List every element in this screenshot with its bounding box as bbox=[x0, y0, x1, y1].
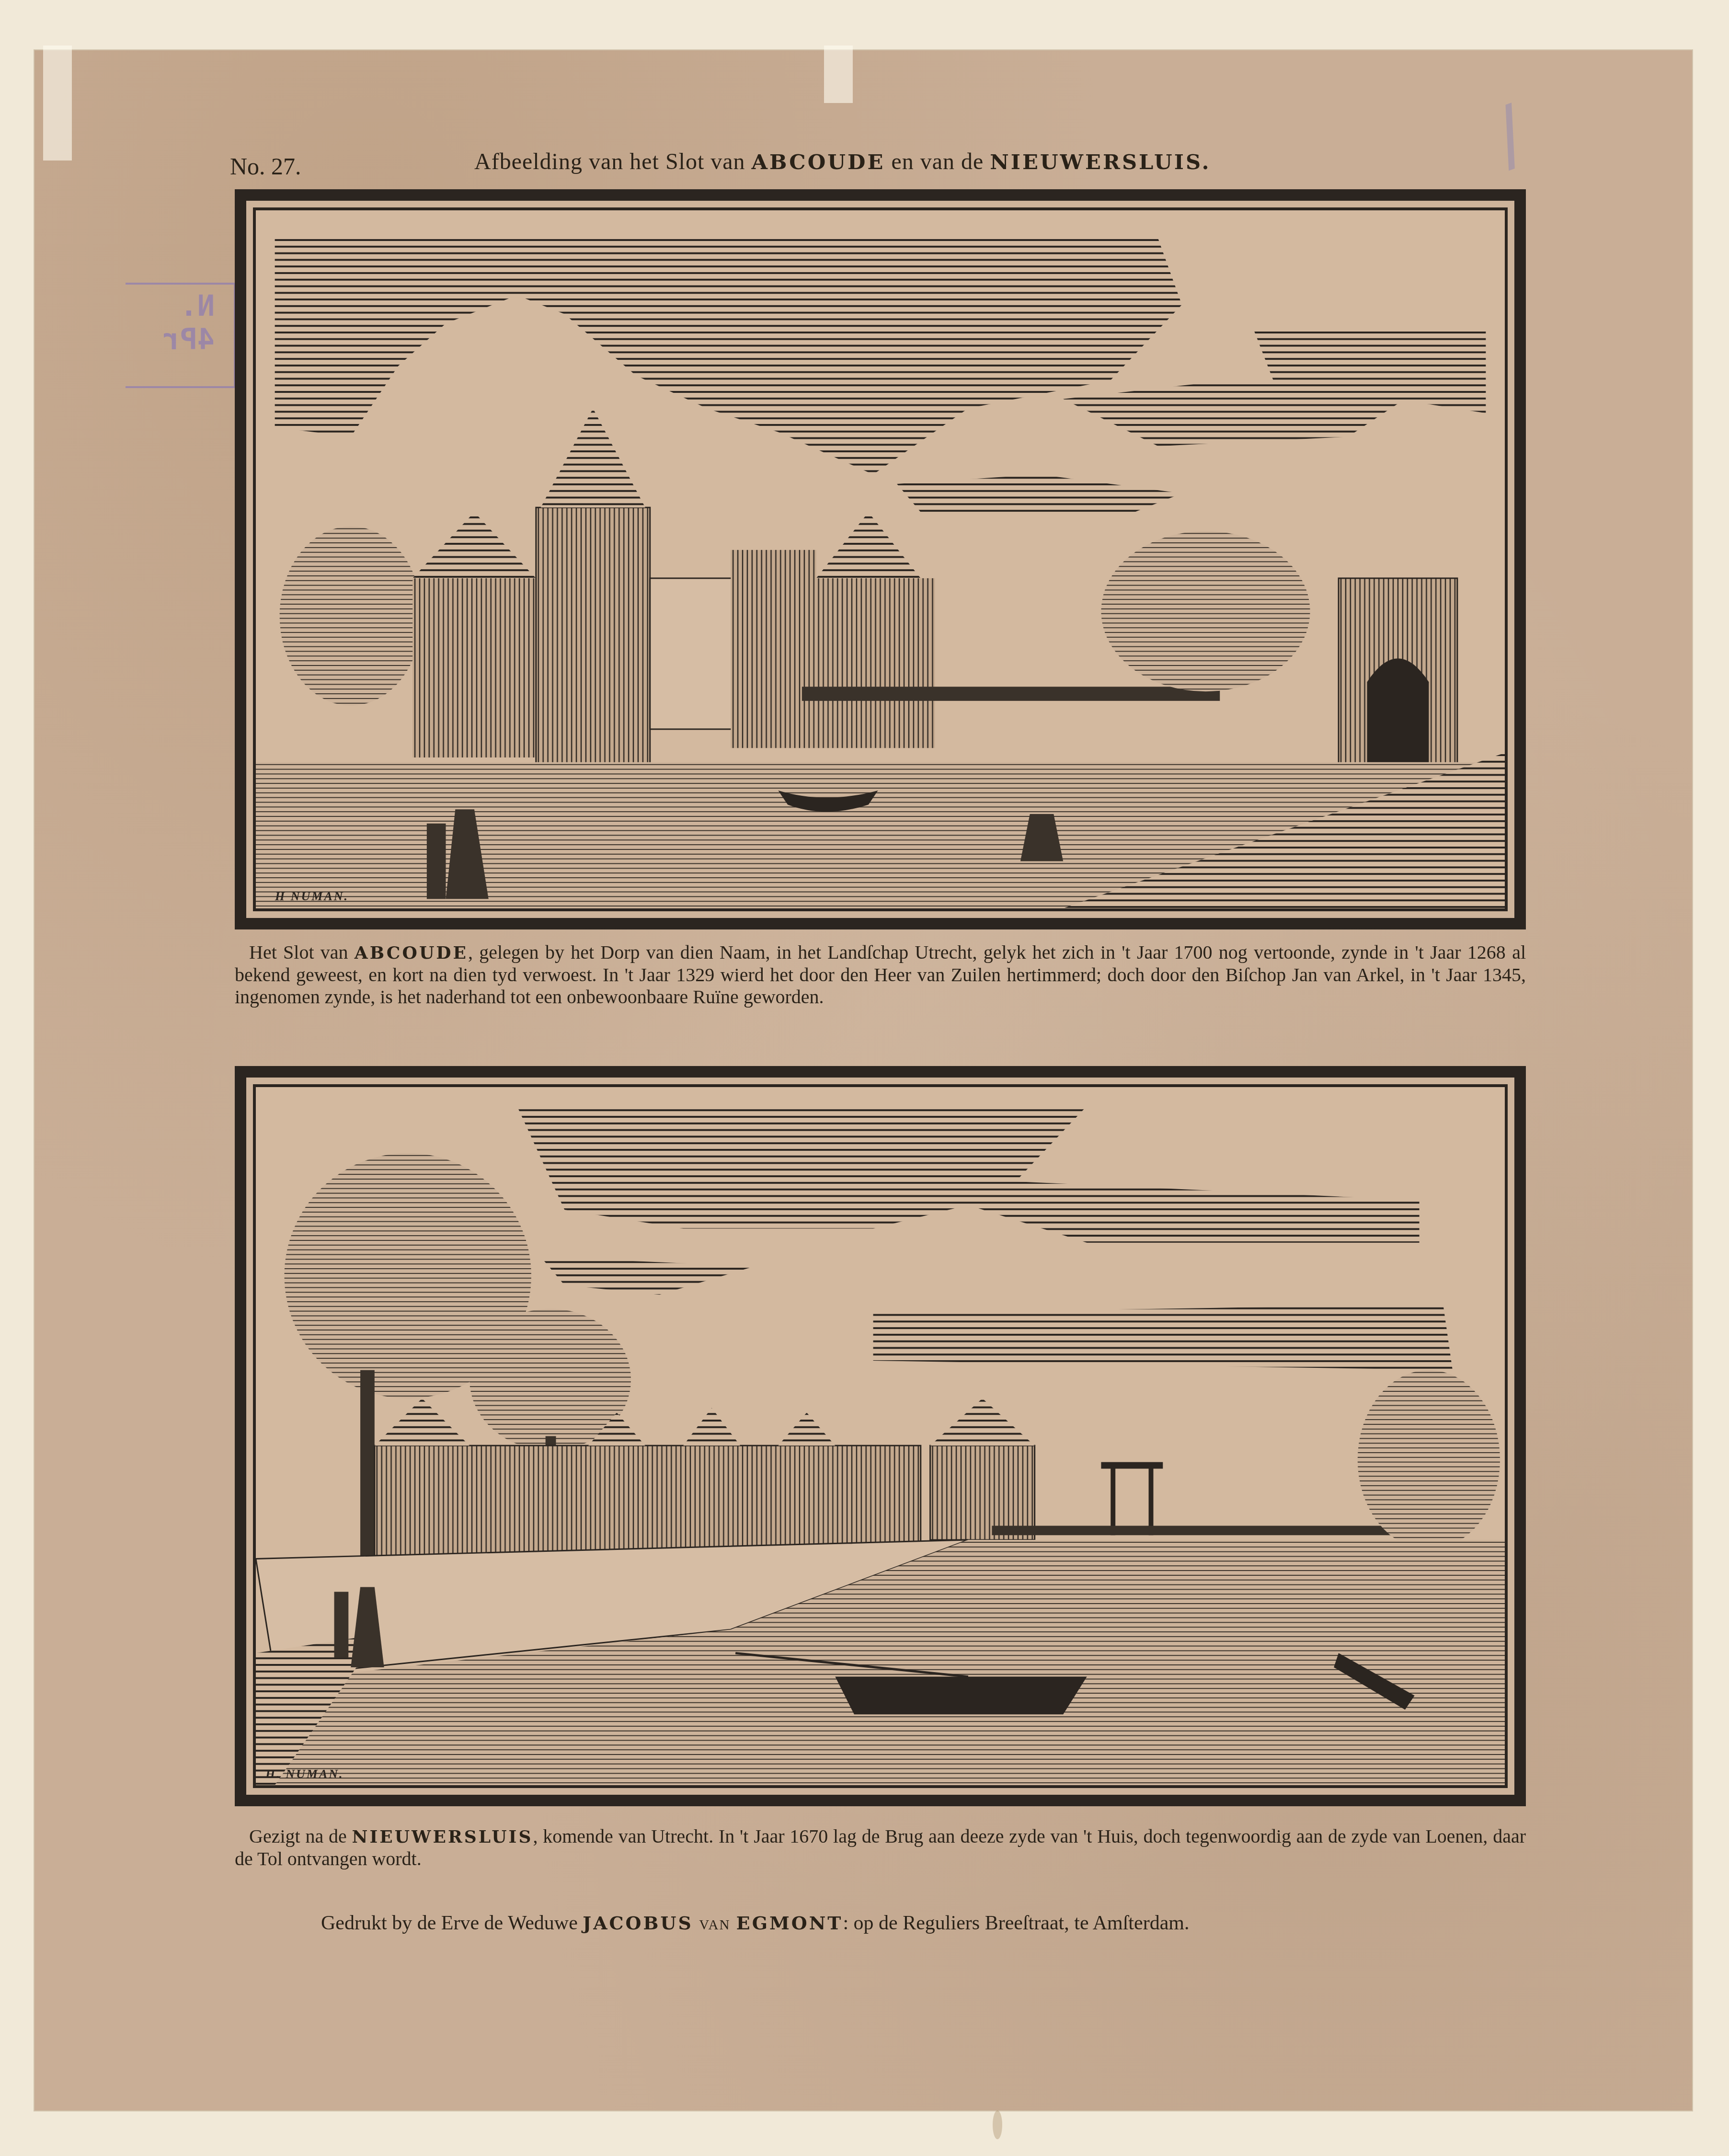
engraver-signature: H NUMAN. bbox=[275, 889, 349, 904]
caption-place-name: NIEUWERSLUIS bbox=[352, 1827, 533, 1847]
hinge-tape bbox=[824, 46, 853, 103]
printer-name-egmont: EGMONT bbox=[736, 1913, 843, 1934]
title-nieuwersluis: NIEUWERSLUIS. bbox=[990, 150, 1211, 174]
title-abcoude: ABCOUDE bbox=[752, 150, 885, 174]
stain bbox=[993, 2110, 1002, 2139]
printer-name-jacobus: JACOBUS bbox=[583, 1913, 693, 1934]
plate-number: No. 27. bbox=[230, 152, 301, 180]
castle-scene-illustration bbox=[256, 210, 1505, 908]
hinge-tape bbox=[43, 46, 72, 161]
page-title: Afbeelding van het Slot van ABCOUDE en v… bbox=[474, 149, 1211, 175]
caption-place-name: ABCOUDE bbox=[355, 943, 468, 963]
plate-abcoude: H NUMAN. bbox=[235, 189, 1526, 929]
engraver-signature: H. NUMAN. bbox=[265, 1767, 344, 1781]
page-header: No. 27. Afbeelding van het Slot van ABCO… bbox=[230, 144, 1332, 182]
canal-scene-illustration bbox=[256, 1087, 1505, 1785]
engraving-abcoude: H NUMAN. bbox=[253, 207, 1508, 911]
printer-imprint: Gedrukt by de Erve de Weduwe JACOBUS van… bbox=[321, 1912, 1471, 1935]
plate-nieuwersluis: H. NUMAN. bbox=[235, 1066, 1526, 1806]
collection-stamp: N. 4Pr bbox=[126, 283, 236, 388]
caption-abcoude: Het Slot van ABCOUDE, gelegen by het Dor… bbox=[235, 941, 1526, 1008]
caption-nieuwersluis: Gezigt na de NIEUWERSLUIS, komende van U… bbox=[235, 1825, 1526, 1870]
engraving-nieuwersluis: H. NUMAN. bbox=[253, 1084, 1508, 1788]
